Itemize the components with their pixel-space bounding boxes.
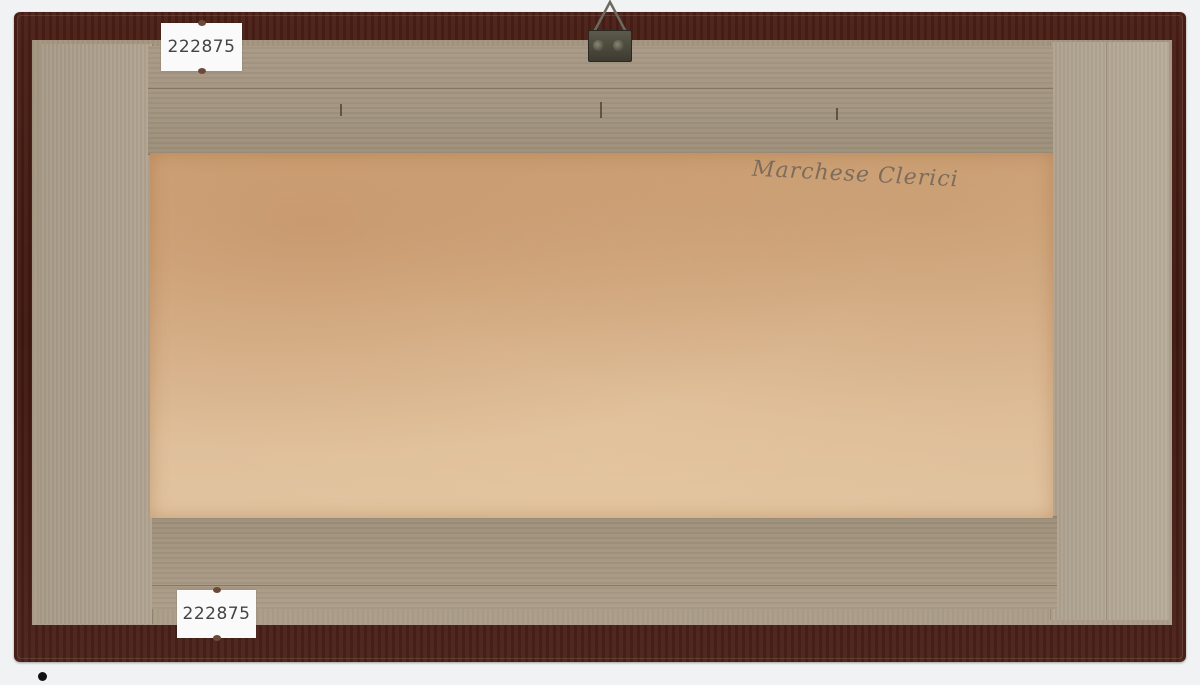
inventory-label-top: 222875	[161, 23, 242, 71]
inventory-label-bottom: 222875	[177, 590, 256, 638]
sawtooth-hanger-icon	[586, 0, 636, 62]
tape-strip-top	[148, 46, 1053, 155]
backing-sheet	[150, 153, 1053, 518]
punch-hole	[38, 672, 47, 681]
tape-strip-right	[1050, 42, 1169, 620]
tape-strip-bottom	[152, 516, 1057, 609]
tape-strip-left	[40, 44, 153, 624]
